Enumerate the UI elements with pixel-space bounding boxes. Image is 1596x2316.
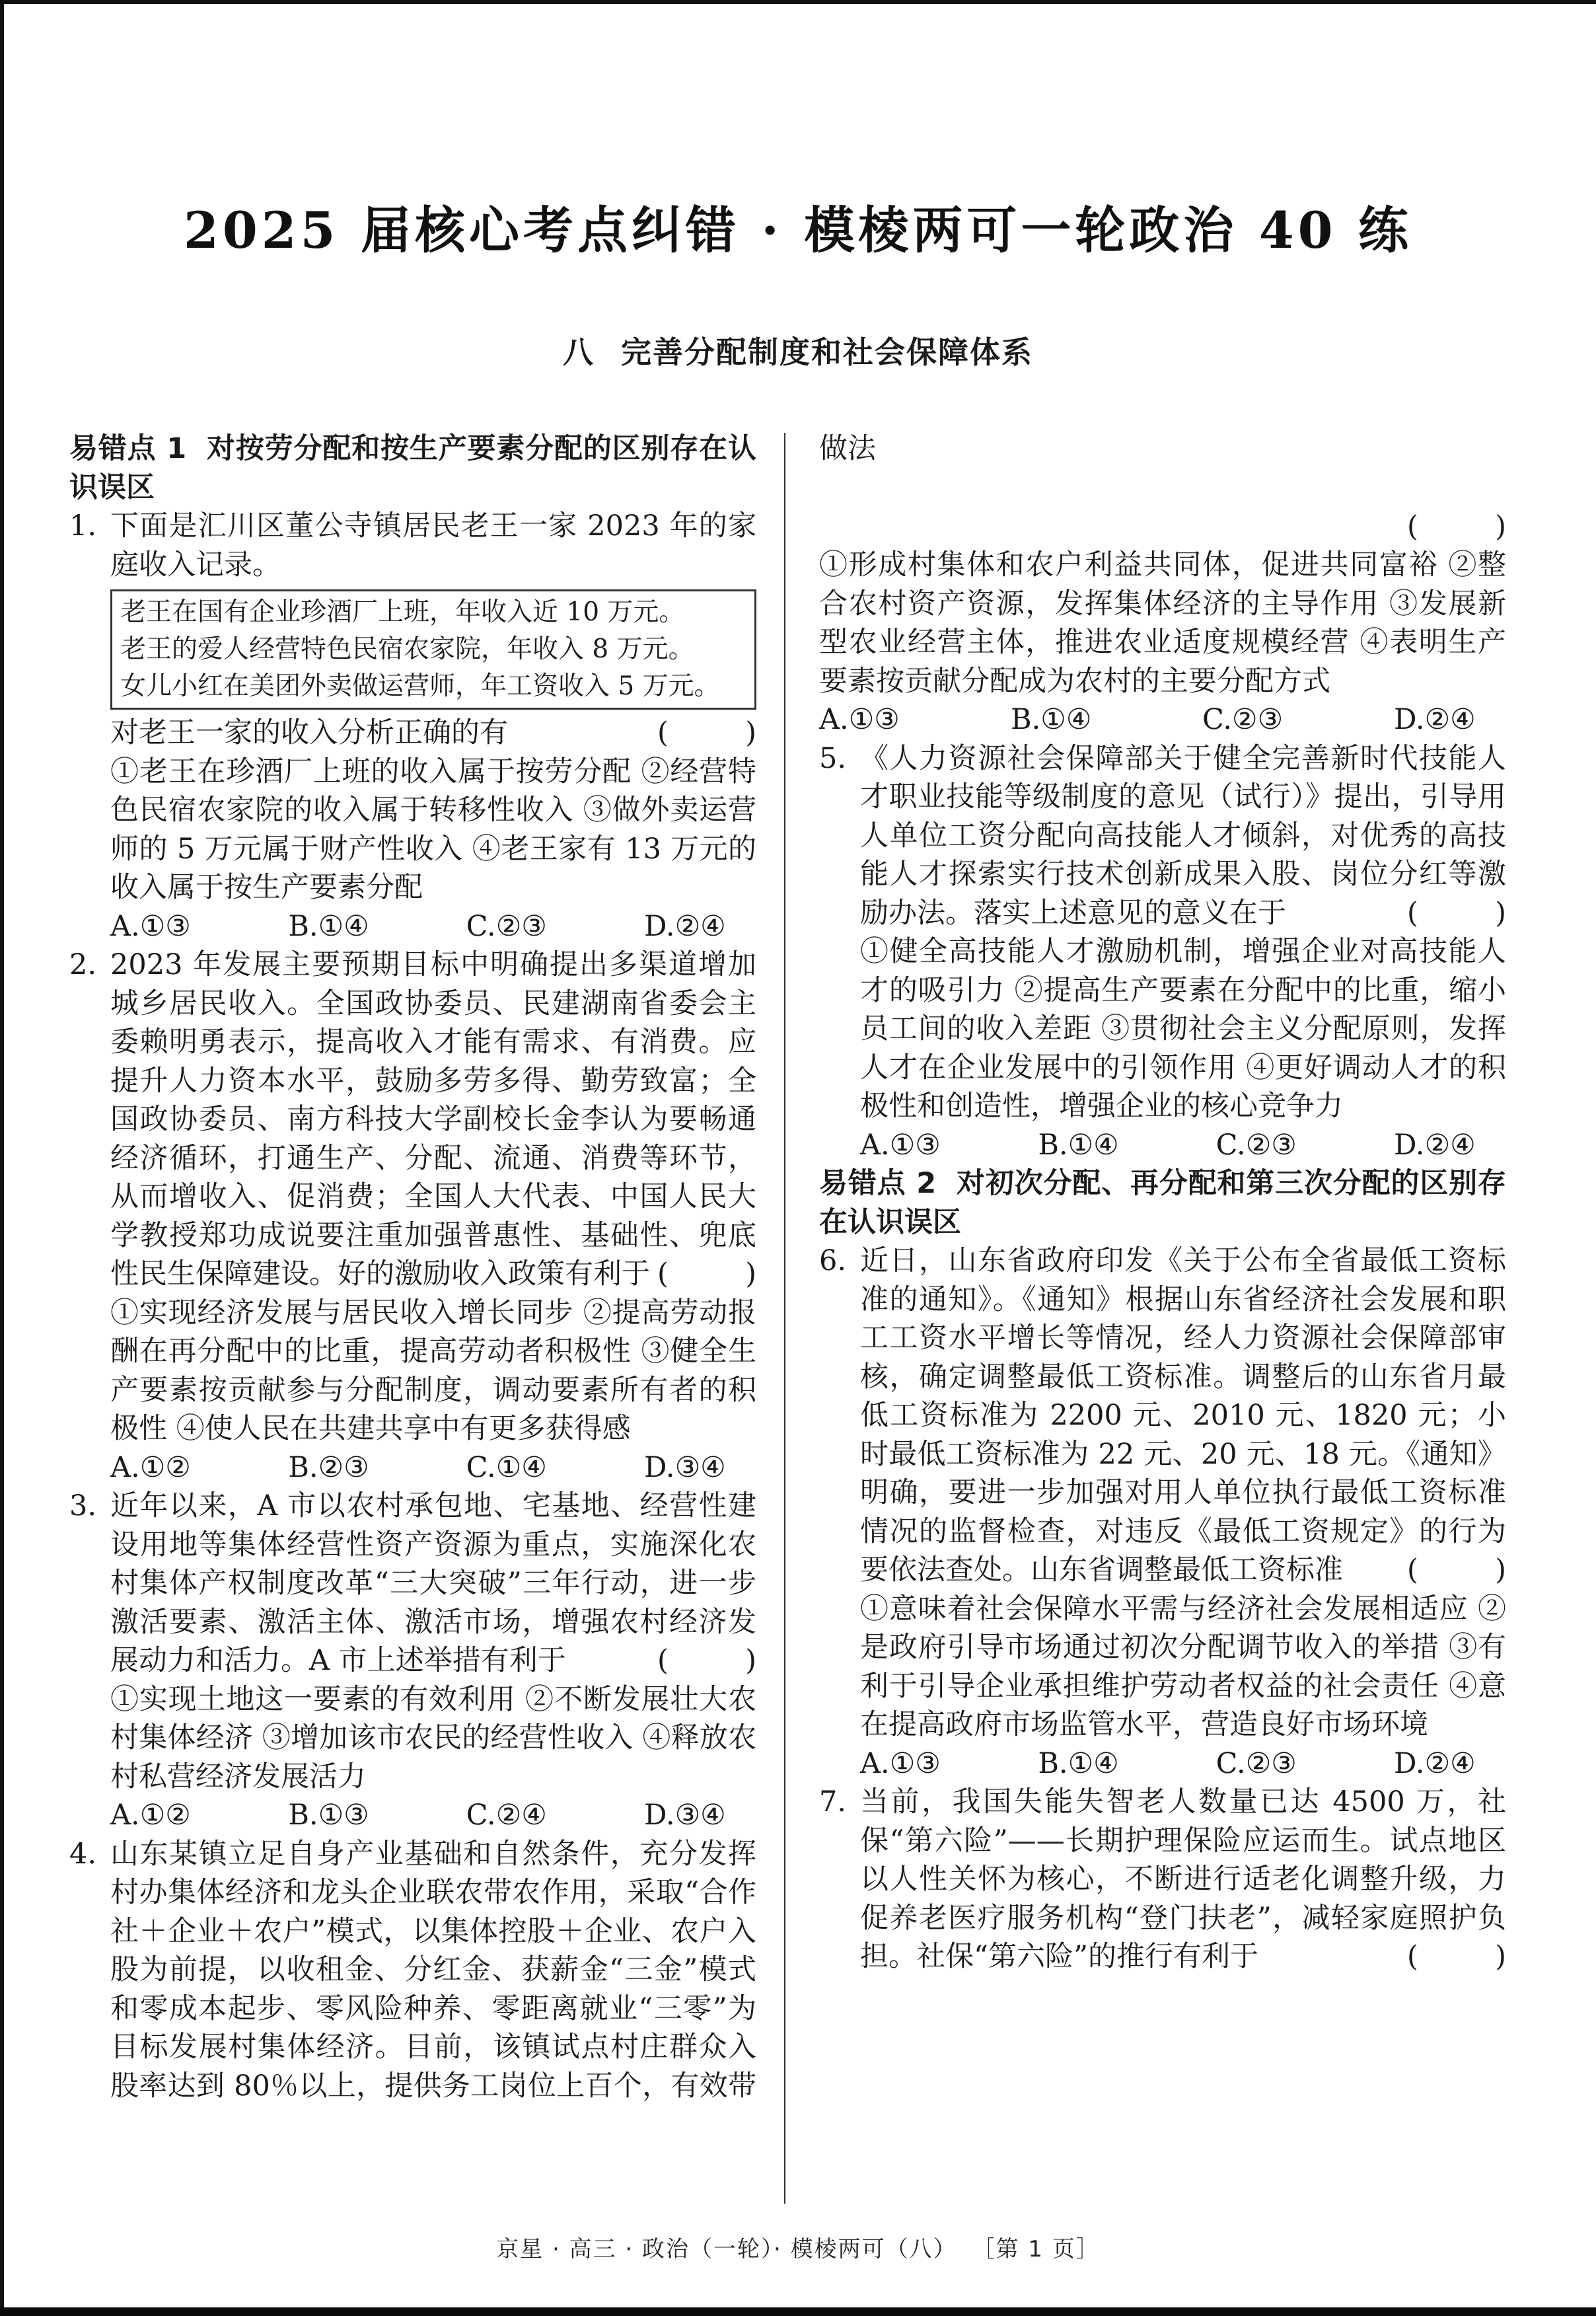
choice-d[interactable]: D.②④ [644,907,756,946]
question-number: 4. [69,1835,96,1874]
question-stem: 下面是汇川区董公寺镇居民老王一家 2023 年的家庭收入记录。 [110,507,756,584]
choice-c[interactable]: C.②③ [1216,1744,1328,1783]
question-options: ①健全高技能人才激励机制，增强企业对高技能人才的吸引力 ②提高生产要素在分配中的… [860,932,1506,1126]
income-record-box: 老王在国有企业珍酒厂上班，年收入近 10 万元。 老王的爱人经营特色民宿农家院，… [110,589,756,710]
question-number: 6. [819,1242,846,1281]
question-options: ①实现经济发展与居民收入增长同步 ②提高劳动报酬在再分配中的比重，提高劳动者积极… [110,1294,756,1448]
record-line: 老王的爱人经营特色民宿农家院，年收入 8 万元。 [120,631,746,668]
choice-c[interactable]: C.②④ [466,1796,579,1835]
choice-b[interactable]: B.②③ [288,1448,400,1487]
question-6: 6. 近日，山东省政府印发《关于公布全省最低工资标准的通知》。《通知》根据山东省… [819,1242,1506,1783]
choice-c[interactable]: C.②③ [1202,700,1315,739]
answer-choices: A.①③ B.①④ C.②③ D.②④ [110,907,756,946]
question-options: ①老王在珍酒厂上班的收入属于按劳分配 ②经营特色民宿农家院的收入属于转移性收入 … [110,753,756,907]
left-column: 易错点 1对按劳分配和按生产要素分配的区别存在认识误区 1. 下面是汇川区董公寺… [69,430,756,2106]
answer-choices: A.①② B.②③ C.①④ D.③④ [110,1448,756,1487]
choice-b[interactable]: B.①④ [288,907,400,946]
scan-border-bottom [0,2307,1596,2316]
question-number: 1. [69,507,96,546]
answer-blank[interactable]: () [657,1641,756,1680]
choice-d[interactable]: D.②④ [1394,1126,1506,1165]
error-point-label: 易错点 1 [69,432,186,465]
error-point-1: 易错点 1对按劳分配和按生产要素分配的区别存在认识误区 [69,430,756,507]
question-prompt: () 对老王一家的收入分析正确的有 [110,714,756,753]
question-1: 1. 下面是汇川区董公寺镇居民老王一家 2023 年的家庭收入记录。 老王在国有… [69,507,756,946]
question-options: ①实现土地这一要素的有效利用 ②不断发展壮大农村集体经济 ③增加该市农民的经营性… [110,1680,756,1797]
column-divider [784,433,785,2204]
question-number: 5. [819,739,846,778]
document-title: 2025 届核心考点纠错 · 模棱两可一轮政治 40 练 [0,190,1596,262]
choice-b[interactable]: B.①④ [1038,1744,1150,1783]
question-stem: 《人力资源社会保障部关于健全完善新时代技能人才职业技能等级制度的意见（试行）》提… [860,739,1506,933]
answer-blank[interactable]: () [1407,894,1506,933]
answer-blank[interactable]: () [1407,1551,1506,1590]
question-stem: 当前，我国失能失智老人数量已达 4500 万，社保“第六险”——长期护理保险应运… [860,1783,1506,1976]
choice-d[interactable]: D.③④ [644,1796,756,1835]
question-5: 5. 《人力资源社会保障部关于健全完善新时代技能人才职业技能等级制度的意见（试行… [819,739,1506,1165]
question-options: ①意味着社会保障水平需与经济社会发展相适应 ②是政府引导市场通过初次分配调节收入… [860,1590,1506,1744]
page-footer: 京星 · 高三 · 政治（一轮）· 模棱两可（八）［第 1 页］ [0,2231,1596,2263]
choice-b[interactable]: B.①④ [1011,700,1123,739]
page-number: ［第 1 页］ [984,2236,1100,2262]
scan-border-top [0,0,1596,4]
question-number: 2. [69,946,96,985]
question-stem: 2023 年发展主要预期目标中明确提出多渠道增加城乡居民收入。全国政协委员、民建… [110,946,756,1294]
choice-a[interactable]: A.①③ [819,700,931,739]
question-2: 2. 2023 年发展主要预期目标中明确提出多渠道增加城乡居民收入。全国政协委员… [69,946,756,1487]
choice-d[interactable]: D.②④ [1394,700,1506,739]
choice-a[interactable]: A.①③ [860,1126,972,1165]
question-7: 7. 当前，我国失能失智老人数量已达 4500 万，社保“第六险”——长期护理保… [819,1783,1506,1976]
question-stem: 山东某镇立足自身产业基础和自然条件，充分发挥村办集体经济和龙头企业联农带农作用，… [110,1835,756,2106]
right-column: 山东某镇立足自身产业基础和自然条件，充分发挥村办集体经济和龙头企业联农带农作用，… [819,430,1506,1976]
choice-a[interactable]: A.①② [110,1448,223,1487]
question-stem: 近年以来，A 市以农村承包地、宅基地、经营性建设用地等集体经营性资产资源为重点，… [110,1487,756,1680]
question-options: ①形成村集体和农户利益共同体，促进共同富裕 ②整合农村资产资源，发挥集体经济的主… [819,546,1506,700]
question-number: 3. [69,1487,96,1526]
section-number: 八 [563,334,595,370]
answer-blank[interactable]: () [657,1255,756,1294]
choice-c[interactable]: C.②③ [466,907,579,946]
choice-c[interactable]: C.②③ [1216,1126,1328,1165]
record-line: 老王在国有企业珍酒厂上班，年收入近 10 万元。 [120,594,746,631]
section-heading: 八完善分配制度和社会保障体系 [0,328,1596,372]
footer-text: 京星 · 高三 · 政治（一轮）· 模棱两可（八） [496,2236,957,2262]
choice-a[interactable]: A.①② [110,1796,223,1835]
answer-blank[interactable]: () [1407,1937,1506,1976]
choice-b[interactable]: B.①③ [288,1796,400,1835]
record-line: 女儿小红在美团外卖做运营师，年工资收入 5 万元。 [120,668,746,705]
section-title: 完善分配制度和社会保障体系 [621,334,1033,370]
question-4: 4. 山东某镇立足自身产业基础和自然条件，充分发挥村办集体经济和龙头企业联农带农… [69,1835,756,2106]
answer-blank[interactable]: () [1407,507,1506,546]
error-point-label: 易错点 2 [819,1167,936,1200]
question-stem: 近日，山东省政府印发《关于公布全省最低工资标准的通知》。《通知》根据山东省经济社… [860,1242,1506,1590]
choice-a[interactable]: A.①③ [110,907,223,946]
choice-d[interactable]: D.③④ [644,1448,756,1487]
question-number: 7. [819,1783,846,1822]
choice-c[interactable]: C.①④ [466,1448,579,1487]
question-3: 3. 近年以来，A 市以农村承包地、宅基地、经营性建设用地等集体经营性资产资源为… [69,1487,756,1835]
answer-choices: A.①② B.①③ C.②④ D.③④ [110,1796,756,1835]
answer-choices: A.①③ B.①④ C.②③ D.②④ [860,1744,1506,1783]
choice-a[interactable]: A.①③ [860,1744,972,1783]
question-4-continued: 山东某镇立足自身产业基础和自然条件，充分发挥村办集体经济和龙头企业联农带农作用，… [819,430,1506,546]
answer-choices: A.①③ B.①④ C.②③ D.②④ [819,700,1506,739]
answer-choices: A.①③ B.①④ C.②③ D.②④ [860,1126,1506,1165]
choice-b[interactable]: B.①④ [1038,1126,1150,1165]
answer-blank[interactable]: () [657,714,756,753]
choice-d[interactable]: D.②④ [1394,1744,1506,1783]
error-point-2: 易错点 2对初次分配、再分配和第三次分配的区别存在认识误区 [819,1164,1506,1242]
